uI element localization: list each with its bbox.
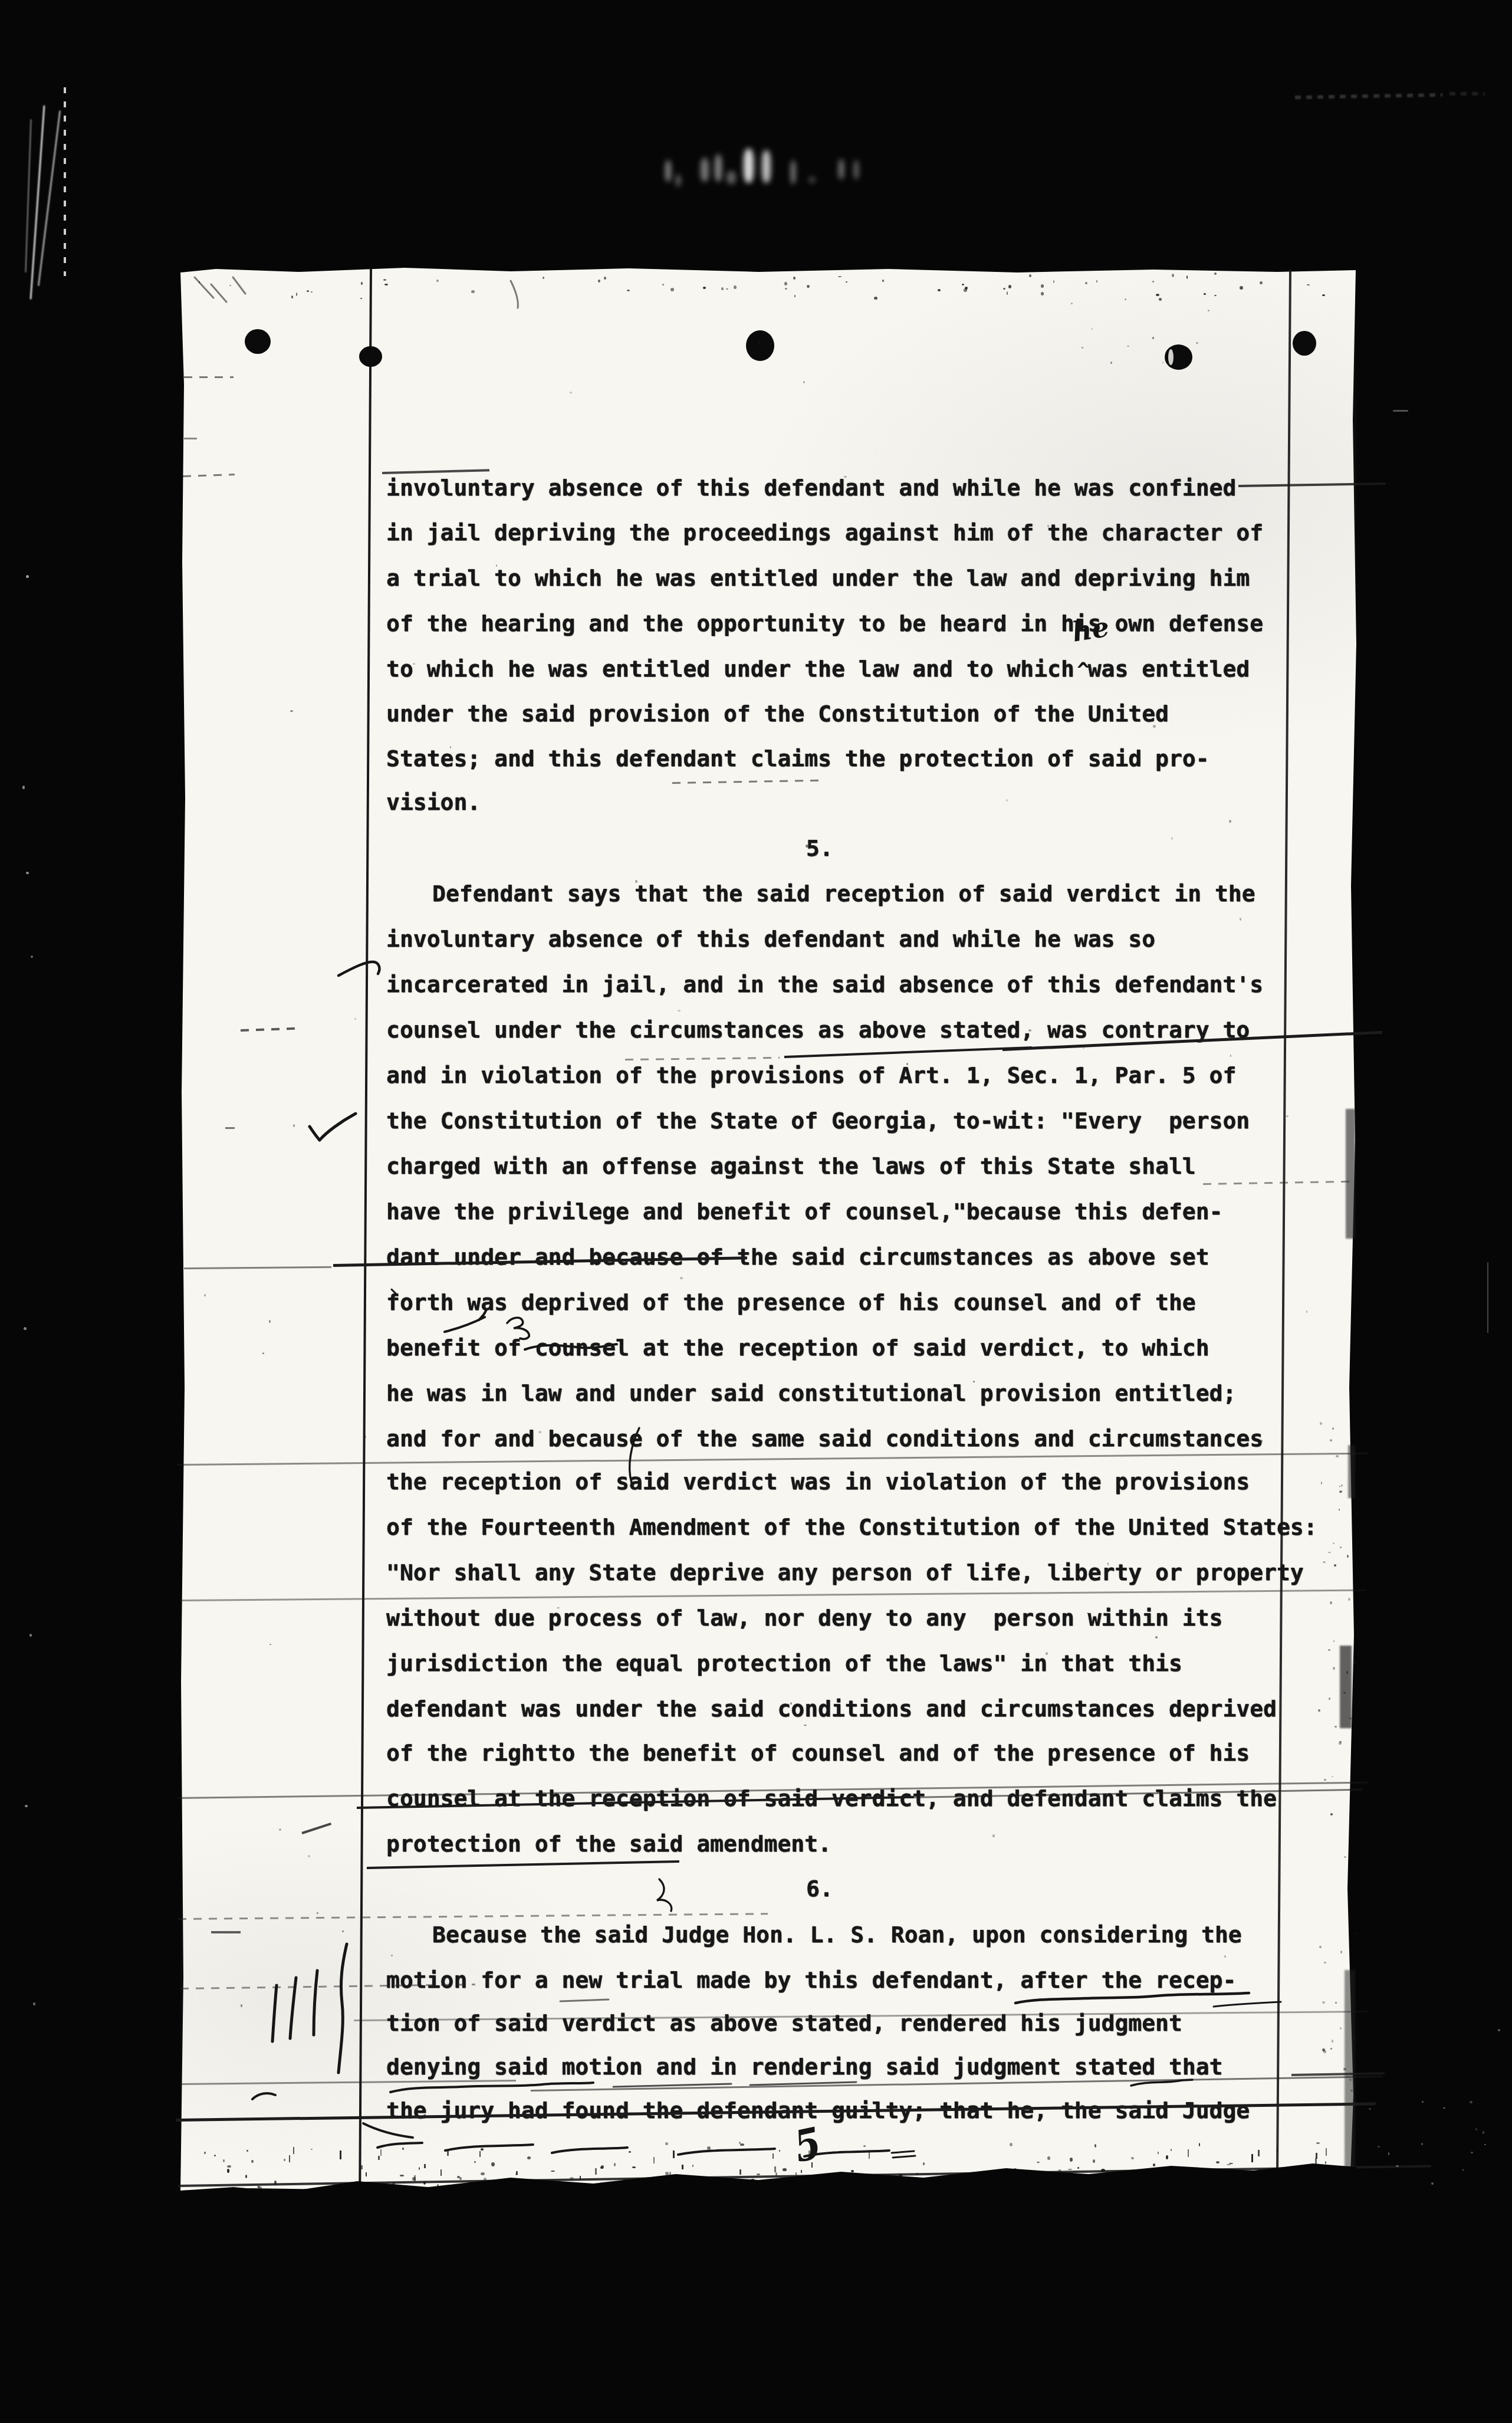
speck (1333, 1542, 1334, 1544)
speck (1260, 1440, 1263, 1443)
typed-line: forth was deprived of the presence of hi… (386, 1289, 1196, 1315)
punch-hole (359, 346, 382, 367)
speck (269, 1644, 271, 1645)
speck (1240, 918, 1241, 921)
smudge (701, 158, 709, 182)
speck (400, 2175, 404, 2176)
speck (474, 2161, 476, 2163)
speck (906, 1063, 908, 1065)
speck (1008, 285, 1011, 288)
speck (1340, 1951, 1342, 1953)
speck (604, 277, 606, 280)
speck (1041, 292, 1044, 296)
speck (1323, 2050, 1326, 2053)
speck (632, 2166, 636, 2168)
page-edge-smear (1346, 1109, 1355, 1239)
speck (424, 2164, 426, 2168)
speck (916, 2173, 918, 2175)
typed-line: in jail depriving the proceedings agains… (386, 520, 1263, 546)
speck (938, 289, 941, 291)
speck (680, 1277, 683, 1279)
speck (1471, 2152, 1473, 2153)
typed-line: a trial to which he was entitled under t… (386, 565, 1250, 591)
speck (806, 845, 808, 848)
typed-line: vision. (386, 789, 481, 815)
speck (557, 1607, 560, 1608)
speck (1470, 2101, 1472, 2103)
speck (973, 1381, 975, 1383)
smudge (791, 160, 796, 184)
speck (570, 2177, 574, 2180)
speck (775, 2172, 777, 2176)
speck (289, 2155, 290, 2162)
typed-line: motion for a new trial made by this defe… (386, 1967, 1236, 1993)
speck (601, 2165, 604, 2169)
pencil-dash (184, 438, 197, 439)
typed-line: under the said provision of the Constitu… (386, 701, 1169, 727)
speck (436, 280, 439, 282)
speck (1156, 294, 1159, 296)
speck (665, 2172, 669, 2175)
speck (204, 1294, 206, 1296)
smudge (676, 175, 681, 186)
speck (1334, 1726, 1337, 1728)
speck (481, 2148, 484, 2151)
speck (543, 277, 544, 279)
speck (1070, 2158, 1073, 2162)
speck (801, 2170, 802, 2173)
speck (1085, 282, 1087, 284)
speck (906, 2070, 909, 2071)
speck (1462, 2169, 1464, 2171)
speck (965, 287, 968, 290)
speck (774, 2166, 776, 2172)
speck (793, 277, 796, 280)
speck (851, 2170, 854, 2172)
speck (703, 287, 706, 289)
speck (360, 298, 362, 299)
speck (1339, 1490, 1342, 1493)
speck (1131, 2157, 1134, 2159)
film-speck (1498, 2029, 1500, 2031)
page-edge-smear (1345, 1970, 1355, 2182)
punch-hole-highlight (1168, 349, 1174, 365)
film-speck (25, 1805, 28, 1807)
speck (279, 1828, 281, 1831)
film-speck (33, 2002, 35, 2005)
speck (739, 2142, 741, 2144)
speck (1340, 2027, 1342, 2030)
punch-hole (1293, 331, 1316, 356)
speck (1318, 1709, 1320, 1712)
speck (1329, 1698, 1330, 1700)
speck (274, 2181, 277, 2185)
speck (844, 476, 847, 478)
speck (1003, 288, 1005, 290)
speck (627, 290, 630, 291)
speck (361, 282, 363, 285)
film-speck (29, 1634, 32, 1637)
speck (653, 2157, 655, 2163)
speck (1332, 2040, 1333, 2043)
typed-line: dant under and because of the said circu… (386, 1244, 1209, 1270)
speck (471, 290, 475, 293)
speck (1350, 2090, 1353, 2092)
speck (342, 1930, 344, 1932)
speck (223, 2159, 225, 2162)
speck (1330, 2048, 1332, 2050)
speck (1319, 1946, 1322, 1948)
typed-line: protection of the said amendment. (386, 1831, 831, 1857)
speck (783, 2168, 787, 2171)
speck (1082, 347, 1083, 349)
film-speck (1393, 410, 1408, 412)
speck (678, 1010, 681, 1012)
speck (404, 802, 406, 805)
speck (1196, 342, 1198, 344)
smudge (809, 177, 815, 183)
speck (653, 750, 656, 753)
speck (1155, 1636, 1158, 1639)
speck (1188, 2149, 1189, 2157)
speck (808, 2151, 810, 2158)
smudge (839, 159, 844, 179)
smudge (854, 160, 859, 179)
speck (1046, 1652, 1048, 1655)
film-scratch (29, 105, 45, 299)
speck (1093, 2159, 1095, 2163)
pencil-dash (184, 376, 234, 378)
speck (1251, 2154, 1253, 2162)
speck (479, 2151, 481, 2157)
film-speck (22, 786, 25, 789)
speck (1330, 1813, 1333, 1815)
typed-line: the reception of said verdict was in vio… (386, 1469, 1250, 1495)
speck (682, 2165, 683, 2169)
speck (707, 2146, 711, 2150)
speck (1443, 2107, 1445, 2109)
speck (1328, 1649, 1330, 1651)
speck (1258, 2150, 1260, 2156)
page-edge-smear (1348, 1445, 1355, 1498)
speck (1216, 2161, 1220, 2163)
speck (796, 2172, 797, 2176)
smudge (665, 160, 671, 182)
speck (527, 2156, 531, 2159)
speck (1152, 337, 1154, 339)
speck (1328, 1552, 1331, 1553)
speck (1152, 281, 1154, 283)
speck (1483, 2131, 1484, 2134)
speck (869, 2151, 870, 2159)
film-edge-marks (1295, 93, 1442, 99)
speck (1354, 1661, 1356, 1664)
speck (704, 1260, 707, 1261)
speck (1352, 2148, 1354, 2151)
speck (1388, 2152, 1389, 2155)
film-bottom-edge (180, 2145, 1356, 2423)
speck (1353, 2037, 1355, 2040)
speck (1484, 2144, 1486, 2145)
speck (258, 2186, 262, 2189)
speck (380, 2149, 382, 2156)
typed-line: Defendant says that the said reception o… (386, 881, 1255, 907)
pencil-dash (225, 1127, 235, 1129)
speck (784, 282, 787, 285)
speck (481, 2172, 485, 2175)
speck (670, 288, 674, 291)
speck (1224, 1955, 1226, 1958)
speck (1332, 1427, 1334, 1430)
typed-line: have the privilege and benefit of counse… (386, 1199, 1222, 1224)
speck (1322, 2001, 1325, 2004)
typed-line: "Nor shall any State deprive any person … (386, 1559, 1304, 1585)
speck (1286, 1115, 1289, 1117)
speck (378, 2156, 380, 2160)
speck (262, 1352, 264, 1354)
speck (251, 2160, 254, 2163)
speck (291, 296, 293, 298)
punch-hole (746, 330, 774, 361)
typed-line: involuntary absence of this defendant an… (386, 475, 1236, 501)
typed-line: and for and because of the same said con… (386, 1426, 1263, 1452)
speck (1204, 293, 1206, 295)
speck (1333, 1667, 1335, 1670)
speck (773, 2153, 774, 2159)
speck (595, 2168, 597, 2175)
speck (803, 381, 805, 383)
speck (1077, 2167, 1079, 2169)
speck (734, 285, 737, 289)
speck (1354, 1933, 1356, 1935)
smudge (715, 155, 722, 182)
speck (1378, 2146, 1380, 2148)
typed-line: of the rightto the benefit of counsel an… (386, 1740, 1250, 1766)
speck (1158, 2152, 1159, 2154)
typed-line: denying said motion and in rendering sai… (386, 2054, 1222, 2080)
film-speck (26, 575, 29, 578)
typed-line: charged with an offense against the laws… (386, 1153, 1196, 1179)
typed-line: involuntary absence of this defendant an… (386, 926, 1155, 952)
speck (414, 2175, 416, 2181)
typed-line: counsel under the circumstances as above… (386, 1017, 1250, 1043)
punch-hole (245, 329, 271, 354)
speck (1230, 1055, 1231, 1057)
speck (1240, 286, 1243, 290)
speck (290, 710, 293, 712)
speck (1340, 1547, 1342, 1548)
document-page (180, 267, 1356, 2191)
speck (1344, 1856, 1346, 1858)
handwritten-insertion: he (1070, 610, 1111, 648)
speck (441, 2169, 442, 2176)
typed-line: States; and this defendant claims the pr… (386, 746, 1209, 771)
speck (1047, 2156, 1050, 2160)
speck (1166, 2155, 1168, 2159)
speck (673, 2151, 675, 2158)
film-speck (26, 872, 29, 874)
speck (1007, 291, 1008, 295)
speck (241, 2004, 242, 2007)
speck (204, 2152, 206, 2154)
speck (665, 2142, 668, 2145)
speck (1029, 274, 1031, 277)
speck (1229, 820, 1231, 823)
speck (1341, 1485, 1343, 1486)
speck (629, 2151, 631, 2153)
speck (580, 2176, 581, 2180)
speck (293, 2147, 294, 2154)
speck (1348, 1598, 1350, 1601)
speck (1343, 2068, 1346, 2070)
page-edge-smear (1340, 1646, 1352, 1728)
microfilm-scan: involuntary absence of this defendant an… (0, 0, 1512, 2423)
speck (1172, 274, 1174, 277)
typed-line: of the Fourteenth Amendment of the Const… (386, 1514, 1317, 1540)
speck (245, 2175, 247, 2178)
smudge (762, 150, 771, 183)
speck (1475, 2128, 1477, 2130)
speck (1353, 1436, 1355, 1438)
speck (1028, 1029, 1031, 1032)
speck (614, 2163, 616, 2166)
speck (1330, 1601, 1332, 1604)
caret-mark: ^ (1077, 658, 1090, 682)
speck (1199, 2143, 1200, 2146)
speck (227, 2169, 229, 2173)
film-scratch (25, 119, 31, 272)
speck (1334, 1564, 1336, 1567)
typed-line: he was in law and under said constitutio… (386, 1380, 1236, 1406)
film-speck (1487, 1262, 1488, 1333)
speck (1010, 2143, 1013, 2146)
speck (1071, 303, 1073, 304)
typed-line: of the hearing and the opportunity to be… (386, 610, 1263, 636)
speck (491, 2162, 495, 2166)
typed-line: the Constitution of the State of Georgia… (386, 1108, 1250, 1134)
film-speck (31, 956, 33, 958)
speck (340, 2151, 341, 2159)
typed-line: to which he was entitled under the law a… (386, 656, 1250, 682)
typed-line: without due process of law, nor deny to … (386, 1605, 1222, 1631)
speck (757, 2174, 760, 2175)
speck (447, 2150, 449, 2156)
speck (721, 287, 724, 290)
speck (1324, 1779, 1326, 1781)
speck (1333, 1640, 1334, 1642)
speck (269, 1320, 271, 1323)
typed-line: defendant was under the said conditions … (386, 1696, 1277, 1722)
speck (1347, 1555, 1349, 1558)
pencil-dash (211, 1931, 241, 1933)
speck (1369, 2108, 1371, 2110)
speck (1125, 298, 1126, 300)
speck (1323, 1561, 1326, 1563)
typed-line: incarcerated in jail, and in the said ab… (386, 971, 1263, 997)
speck (296, 293, 297, 296)
speck (811, 2162, 813, 2168)
smudge (744, 149, 754, 183)
speck (1421, 2143, 1423, 2145)
smudge (727, 171, 736, 184)
speck (1068, 2169, 1072, 2170)
speck (383, 279, 386, 281)
speck (1422, 2101, 1424, 2103)
speck (1396, 2165, 1399, 2167)
speck (227, 2165, 231, 2168)
speck (739, 2169, 741, 2175)
speck (758, 342, 761, 343)
speck (1349, 2079, 1352, 2081)
speck (804, 1725, 807, 1726)
speck (1336, 1455, 1339, 1457)
speck (1186, 275, 1188, 279)
speck (354, 1018, 356, 1020)
speck (361, 2165, 363, 2169)
speck (790, 1702, 792, 1705)
speck (1038, 571, 1041, 573)
speck (1349, 1718, 1352, 1719)
typed-line: Because the said Judge Hon. L. S. Roan, … (386, 1922, 1242, 1948)
speck (384, 284, 388, 285)
typed-line: jurisdiction the equal protection of the… (386, 1650, 1182, 1676)
film-speck (24, 1327, 27, 1330)
film-scratch-dashed (64, 87, 66, 276)
speck (1047, 525, 1049, 527)
speck (1316, 2142, 1320, 2144)
speck (516, 2171, 518, 2175)
speck (1110, 362, 1112, 364)
speck (1431, 2182, 1434, 2185)
typed-line: benefit of counsel at the reception of s… (386, 1335, 1209, 1361)
speck (838, 276, 842, 277)
speck (863, 2145, 866, 2147)
speck (317, 1912, 318, 1914)
speck (740, 2143, 744, 2146)
speck (1324, 1962, 1326, 1964)
section-number: 5. (386, 835, 1253, 861)
speck (1153, 725, 1156, 728)
speck (1041, 284, 1044, 288)
film-edge-marks (1449, 92, 1485, 96)
section-number: 6. (386, 1876, 1253, 1902)
speck (1171, 837, 1173, 840)
speck (293, 1124, 295, 1127)
speck (1153, 2163, 1155, 2166)
speck (1330, 1439, 1332, 1442)
typed-line: and in violation of the provisions of Ar… (386, 1062, 1236, 1088)
speck (1339, 1741, 1342, 1742)
speck (1227, 2164, 1231, 2165)
speck (1096, 280, 1097, 283)
